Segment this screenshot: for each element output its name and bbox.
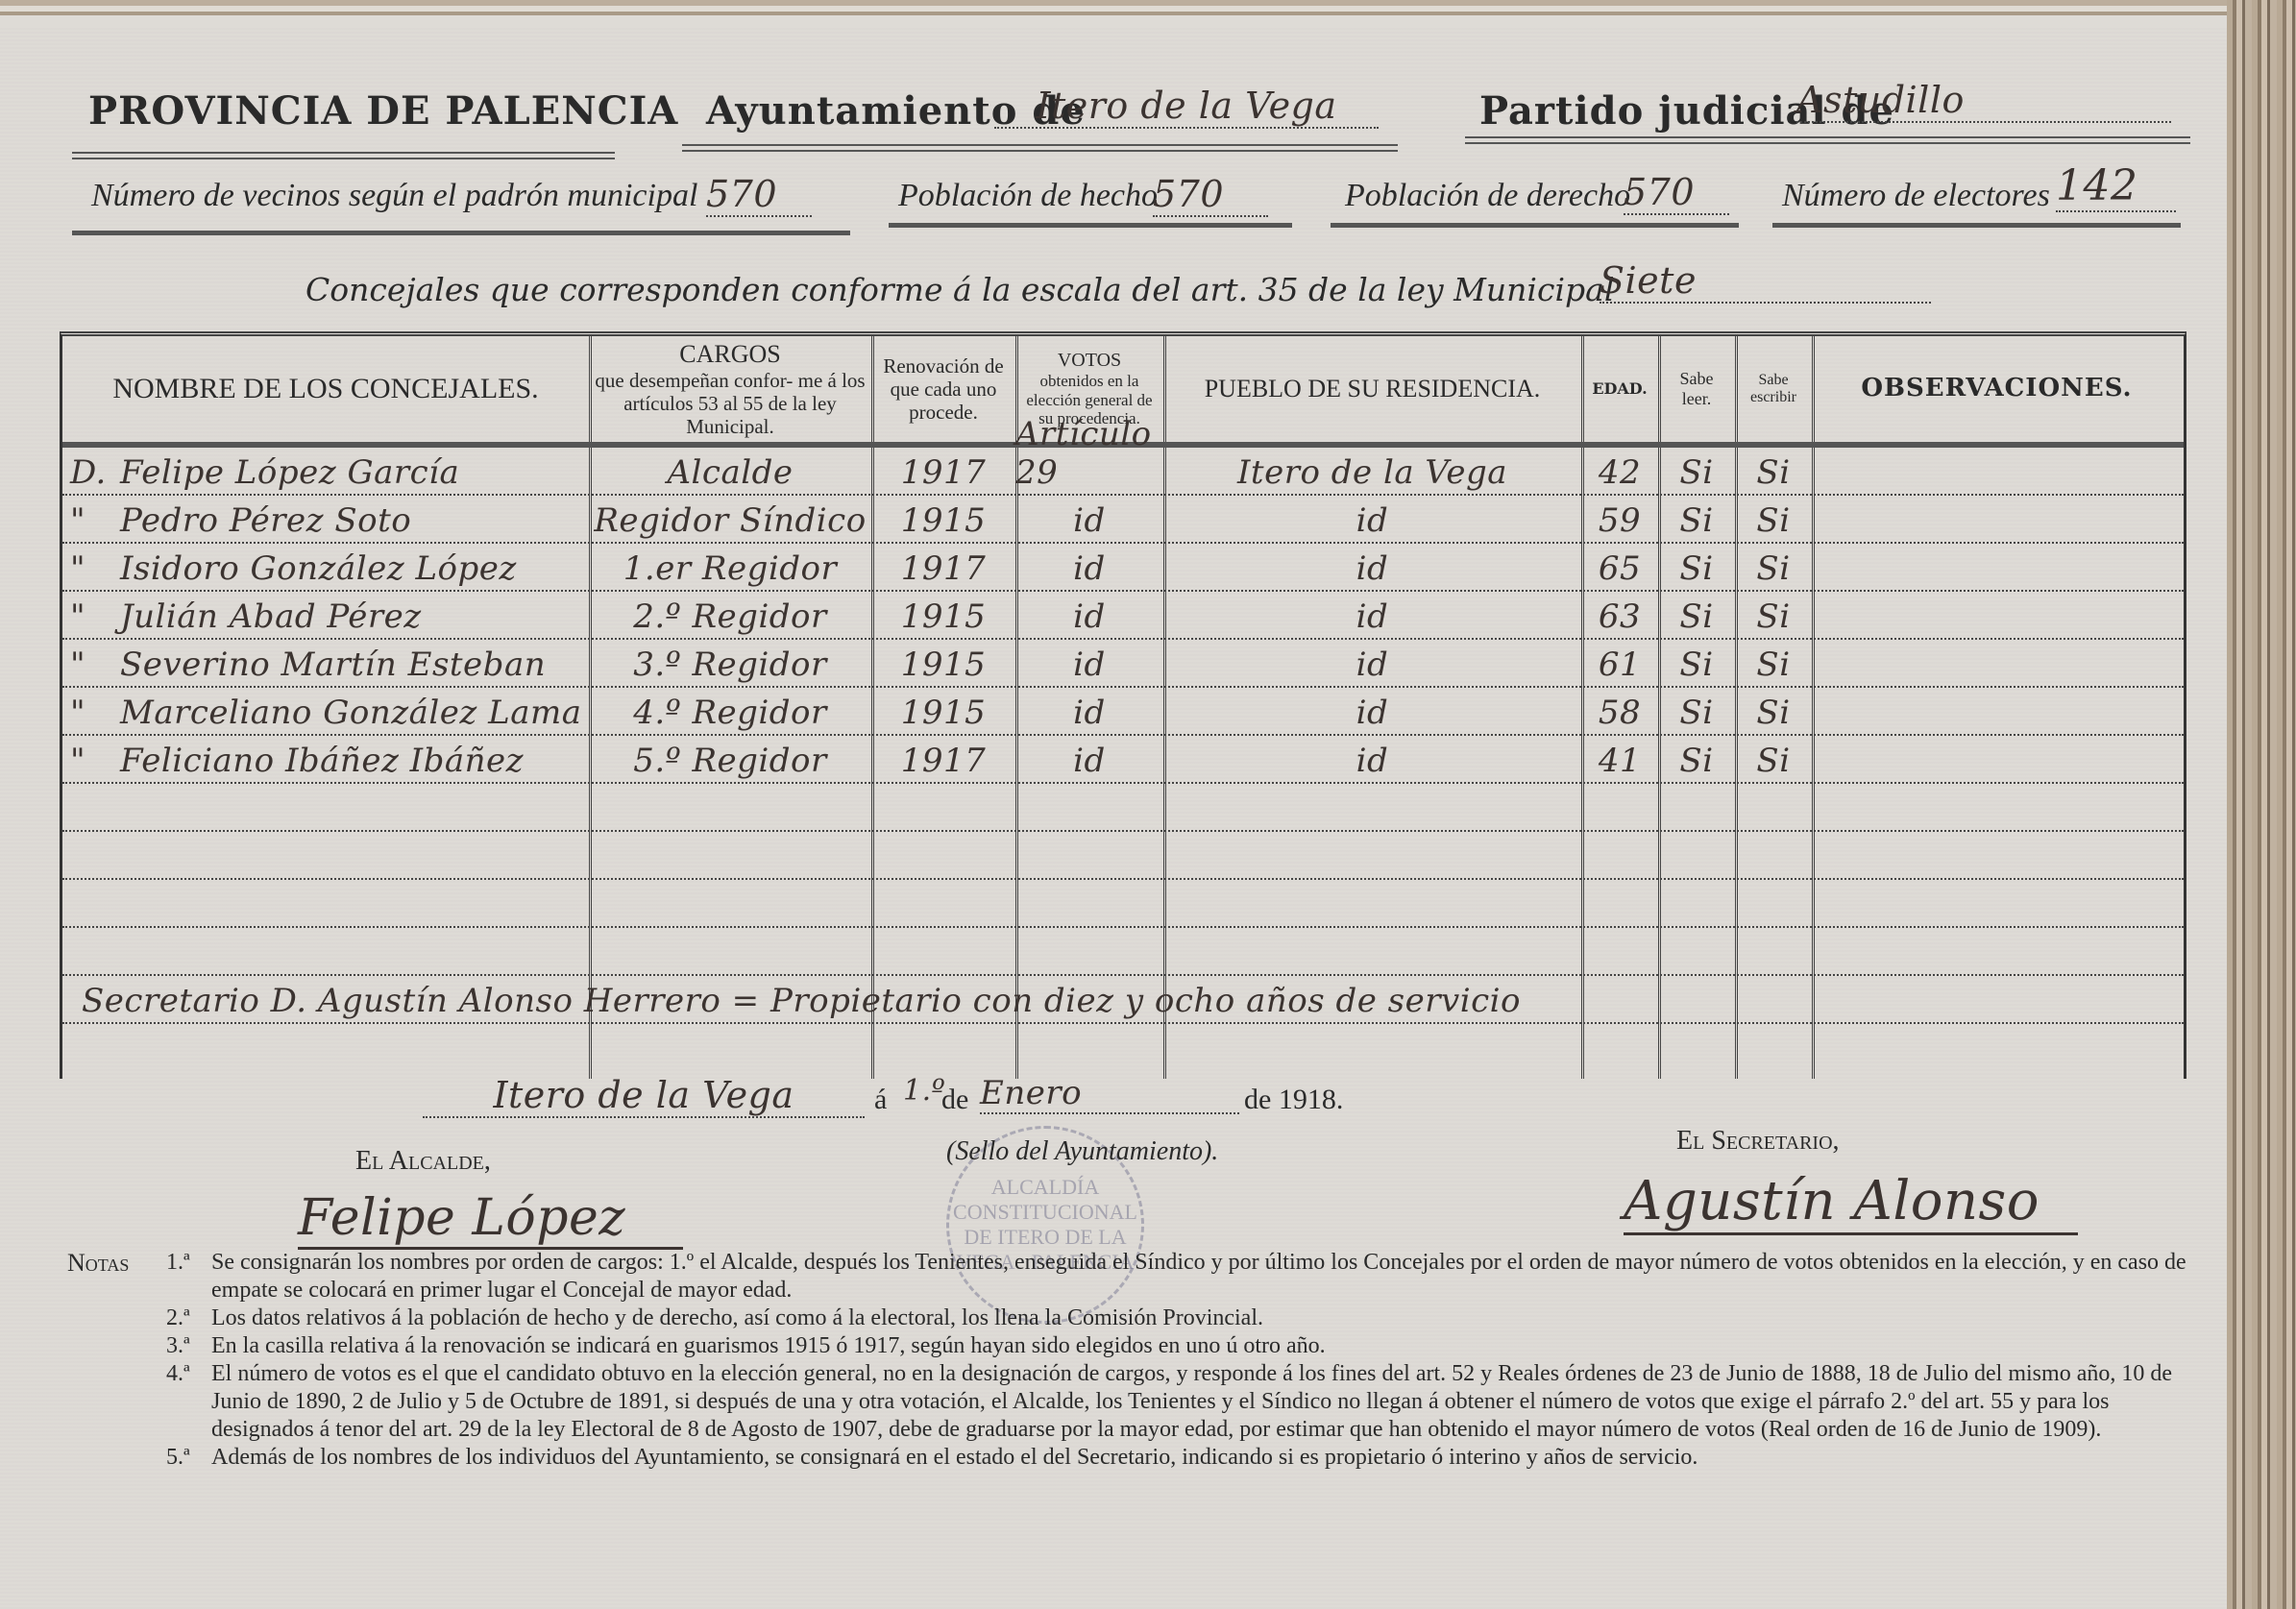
note-item: 4.ªEl número de votos es el que el candi… — [67, 1360, 2210, 1444]
header-cargos-sub: que desempeñan confor- me á los artículo… — [589, 369, 871, 438]
table-row: "Julián Abad Pérez2.º Regidor1915idid63S… — [62, 592, 2184, 640]
votos-cell: id — [1015, 736, 1163, 784]
leer-cell: Si — [1658, 688, 1735, 736]
note-number: 5.ª — [166, 1444, 190, 1472]
note-item: 5.ªAdemás de los nombres de los individu… — [67, 1444, 2210, 1472]
observaciones-cell — [1812, 592, 2182, 640]
observaciones-cell — [1812, 448, 2182, 496]
concejales-table: NOMBRE DE LOS CONCEJALES. CARGOS que des… — [60, 331, 2186, 1079]
header-cargos-title: CARGOS — [679, 340, 780, 369]
divider — [1331, 223, 1739, 228]
pueblo-cell: id — [1163, 544, 1581, 592]
table-row: "Isidoro González López1.er Regidor1917i… — [62, 544, 2184, 592]
book-spine-edge — [2227, 0, 2296, 1609]
votos-cell: Artículo 29 — [1015, 448, 1163, 496]
header-nombre: NOMBRE DE LOS CONCEJALES. — [62, 336, 589, 442]
pueblo-cell: id — [1163, 592, 1581, 640]
note-number: 3.ª — [166, 1332, 190, 1360]
divider — [72, 152, 615, 159]
province-title: PROVINCIA DE PALENCIA — [88, 88, 678, 134]
concejales-field: Siete — [1600, 259, 1931, 304]
header-observaciones: OBSERVACIONES. — [1812, 336, 2182, 442]
table-row — [62, 880, 2184, 928]
escribir-cell: Si — [1735, 496, 1812, 544]
table-row: Secretario D. Agustín Alonso Herrero = P… — [62, 976, 2184, 1024]
header-votos-title: VOTOS — [1058, 350, 1121, 372]
votos-cell: id — [1015, 640, 1163, 688]
cargo-cell: 1.er Regidor — [589, 544, 871, 592]
edad-cell: 41 — [1581, 736, 1658, 784]
partido-field: Astudillo — [1796, 79, 2171, 123]
date-de: de — [941, 1084, 968, 1116]
alcalde-signature: Felipe López — [298, 1189, 683, 1250]
row-prefix: " — [70, 640, 123, 688]
cargo-cell: 3.º Regidor — [589, 640, 871, 688]
escribir-cell: Si — [1735, 544, 1812, 592]
table-row: "Feliciano Ibáñez Ibáñez5.º Regidor1917i… — [62, 736, 2184, 784]
note-number: 4.ª — [166, 1360, 190, 1388]
hecho-label: Población de hecho — [898, 178, 1158, 214]
leer-cell: Si — [1658, 736, 1735, 784]
cargo-cell: Regidor Síndico — [589, 496, 871, 544]
divider — [682, 144, 1398, 152]
header-cargos: CARGOS que desempeñan confor- me á los a… — [589, 336, 871, 442]
document-page: PROVINCIA DE PALENCIA Ayuntamiento de It… — [0, 0, 2227, 1609]
row-prefix: " — [70, 544, 123, 592]
electores-field: 142 — [2056, 161, 2176, 212]
pueblo-cell: Itero de la Vega — [1163, 448, 1581, 496]
vecinos-field: 570 — [706, 173, 812, 217]
renovacion-cell: 1917 — [871, 448, 1015, 496]
renovacion-cell: 1915 — [871, 496, 1015, 544]
leer-cell: Si — [1658, 592, 1735, 640]
edad-cell: 61 — [1581, 640, 1658, 688]
cargo-cell: 4.º Regidor — [589, 688, 871, 736]
pueblo-cell: id — [1163, 736, 1581, 784]
edad-cell: 58 — [1581, 688, 1658, 736]
alcalde-label: El Alcalde, — [355, 1146, 491, 1177]
secretario-signature: Agustín Alonso — [1624, 1170, 2078, 1235]
note-text: El número de votos es el que el candidat… — [211, 1361, 2172, 1442]
hecho-field: 570 — [1153, 173, 1268, 217]
pueblo-cell: id — [1163, 688, 1581, 736]
row-prefix: " — [70, 592, 123, 640]
date-day: 1.º — [903, 1074, 945, 1108]
sello-label: (Sello del Ayuntamiento). — [946, 1136, 1218, 1167]
observaciones-cell — [1812, 496, 2182, 544]
header-escribir: Sabe escribir — [1735, 336, 1812, 442]
votos-cell: id — [1015, 544, 1163, 592]
table-row: D.Felipe López GarcíaAlcalde1917Artículo… — [62, 448, 2184, 496]
note-number: 1.ª — [166, 1249, 190, 1277]
leer-cell: Si — [1658, 448, 1735, 496]
book-top-edge — [0, 0, 2296, 27]
leer-cell: Si — [1658, 544, 1735, 592]
notes-list: 1.ªSe consignarán los nombres por orden … — [67, 1249, 2210, 1472]
table-row — [62, 928, 2184, 976]
vecinos-label: Número de vecinos según el padrón munici… — [91, 178, 697, 214]
header-leer: Sabe leer. — [1658, 336, 1735, 442]
derecho-field: 570 — [1624, 171, 1729, 215]
observaciones-cell — [1812, 736, 2182, 784]
votos-cell: id — [1015, 688, 1163, 736]
edad-cell: 63 — [1581, 592, 1658, 640]
note-item: 1.ªSe consignarán los nombres por orden … — [67, 1249, 2210, 1304]
note-text: Los datos relativos á la población de he… — [211, 1305, 1263, 1330]
cargo-cell: Alcalde — [589, 448, 871, 496]
escribir-cell: Si — [1735, 592, 1812, 640]
note-item: 2.ªLos datos relativos á la población de… — [67, 1304, 2210, 1332]
concejal-name: Isidoro González López — [120, 544, 586, 592]
concejal-name: Severino Martín Esteban — [120, 640, 586, 688]
note-text: En la casilla relativa á la renovación s… — [211, 1333, 1326, 1358]
escribir-cell: Si — [1735, 688, 1812, 736]
concejal-name: Pedro Pérez Soto — [120, 496, 586, 544]
renovacion-cell: 1915 — [871, 640, 1015, 688]
divider — [1772, 223, 2181, 228]
note-text: Además de los nombres de los individuos … — [211, 1445, 1698, 1470]
note-item: 3.ªEn la casilla relativa á la renovació… — [67, 1332, 2210, 1360]
renovacion-cell: 1917 — [871, 544, 1015, 592]
header-renovacion: Renovación de que cada uno procede. — [871, 336, 1015, 442]
row-prefix: " — [70, 736, 123, 784]
date-a: á — [874, 1084, 887, 1116]
escribir-cell: Si — [1735, 448, 1812, 496]
table-row — [62, 832, 2184, 880]
table-row — [62, 784, 2184, 832]
note-number: 2.ª — [166, 1304, 190, 1332]
electores-label: Número de electores — [1782, 178, 2050, 214]
edad-cell: 59 — [1581, 496, 1658, 544]
pueblo-cell: id — [1163, 640, 1581, 688]
leer-cell: Si — [1658, 496, 1735, 544]
divider — [1465, 136, 2190, 144]
divider — [889, 223, 1292, 228]
date-month: Enero — [980, 1074, 1239, 1114]
header-edad: EDAD. — [1581, 336, 1658, 442]
observaciones-cell — [1812, 688, 2182, 736]
table-row: "Severino Martín Esteban3.º Regidor1915i… — [62, 640, 2184, 688]
notes-section: Notas 1.ªSe consignarán los nombres por … — [67, 1249, 2210, 1472]
renovacion-cell: 1917 — [871, 736, 1015, 784]
concejal-name: Marceliano González Lama — [120, 688, 586, 736]
renovacion-cell: 1915 — [871, 592, 1015, 640]
renovacion-cell: 1915 — [871, 688, 1015, 736]
edad-cell: 42 — [1581, 448, 1658, 496]
pueblo-cell: id — [1163, 496, 1581, 544]
derecho-label: Población de derecho — [1345, 178, 1630, 214]
note-text: Se consignarán los nombres por orden de … — [211, 1250, 2186, 1303]
table-row: "Marceliano González Lama4.º Regidor1915… — [62, 688, 2184, 736]
row-prefix: D. — [70, 448, 123, 496]
secretario-label: El Secretario, — [1676, 1126, 1840, 1157]
row-prefix: " — [70, 688, 123, 736]
concejal-name: Julián Abad Pérez — [120, 592, 586, 640]
date-place: Itero de la Vega — [423, 1074, 865, 1118]
leer-cell: Si — [1658, 640, 1735, 688]
ayuntamiento-field: Itero de la Vega — [994, 85, 1379, 129]
votos-cell: id — [1015, 496, 1163, 544]
concejal-name: Feliciano Ibáñez Ibáñez — [120, 736, 586, 784]
observaciones-cell — [1812, 544, 2182, 592]
row-prefix: " — [70, 496, 123, 544]
header-pueblo: PUEBLO DE SU RESIDENCIA. — [1163, 336, 1581, 442]
observaciones-cell — [1812, 640, 2182, 688]
concejal-name: Felipe López García — [120, 448, 586, 496]
escribir-cell: Si — [1735, 736, 1812, 784]
votos-cell: id — [1015, 592, 1163, 640]
concejales-label: Concejales que corresponden conforme á l… — [305, 271, 1614, 308]
table-row: "Pedro Pérez SotoRegidor Síndico1915idid… — [62, 496, 2184, 544]
divider — [72, 231, 850, 235]
cargo-cell: 2.º Regidor — [589, 592, 871, 640]
secretary-entry: Secretario D. Agustín Alonso Herrero = P… — [82, 976, 1811, 1024]
edad-cell: 65 — [1581, 544, 1658, 592]
cargo-cell: 5.º Regidor — [589, 736, 871, 784]
date-year: de 1918. — [1244, 1084, 1343, 1116]
escribir-cell: Si — [1735, 640, 1812, 688]
